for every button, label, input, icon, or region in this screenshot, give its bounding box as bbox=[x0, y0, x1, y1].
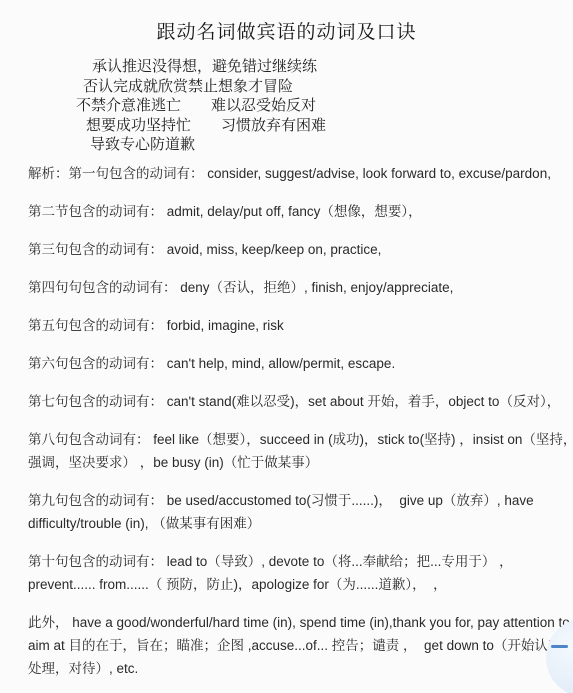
analysis-paragraph-5: 第五句包含的动词有： forbid, imagine, risk bbox=[28, 314, 573, 337]
document-page: 跟动名词做宾语的动词及口诀 承认推迟没得想，避免错过继续练 否认完成就欣赏禁止想… bbox=[0, 0, 573, 693]
analysis-paragraph-10: 第十句包含的动词有： lead to（导致）, devote to（将...奉献… bbox=[28, 550, 573, 596]
mnemonic-line-2: 否认完成就欣赏禁止想象才冒险 bbox=[83, 78, 573, 98]
analysis-paragraph-9: 第九句包含的动词有： be used/accustomed to(习惯于....… bbox=[28, 489, 573, 535]
paragraph-line: 第七句包含的动词有： can't stand(难以忍受)，set about 开… bbox=[28, 390, 573, 413]
analysis-paragraph-11: 此外， have a good/wonderful/hard time (in)… bbox=[28, 611, 573, 680]
paragraph-line: 处理，对待）, etc. bbox=[28, 657, 573, 680]
paragraph-line: difficulty/trouble (in), （做某事有困难） bbox=[28, 512, 573, 535]
analysis-paragraph-7: 第七句包含的动词有： can't stand(难以忍受)，set about 开… bbox=[28, 390, 573, 413]
analysis-paragraph-6: 第六句包含的动词有： can't help, mind, allow/permi… bbox=[28, 352, 573, 375]
mnemonic-block: 承认推迟没得想，避免错过继续练 否认完成就欣赏禁止想象才冒险 不禁介意准逃亡 难… bbox=[0, 58, 573, 156]
page-title: 跟动名词做宾语的动词及口诀 bbox=[0, 0, 573, 44]
paragraph-line: 第三句包含的动词有： avoid, miss, keep/keep on, pr… bbox=[28, 238, 573, 261]
analysis-paragraph-3: 第三句包含的动词有： avoid, miss, keep/keep on, pr… bbox=[28, 238, 573, 261]
paragraph-line: prevent...... from......（ 预防，防止)，apologi… bbox=[28, 573, 573, 596]
analysis-paragraph-4: 第四句句包含的动词有： deny（否认，拒绝）, finish, enjoy/a… bbox=[28, 276, 573, 299]
mnemonic-line-3: 不禁介意准逃亡 难以忍受始反对 bbox=[76, 97, 573, 117]
paragraph-line: 第九句包含的动词有： be used/accustomed to(习惯于....… bbox=[28, 489, 573, 512]
paragraph-line: 此外， have a good/wonderful/hard time (in)… bbox=[28, 611, 573, 634]
paragraph-line: 第四句句包含的动词有： deny（否认，拒绝）, finish, enjoy/a… bbox=[28, 276, 573, 299]
analysis-paragraph-1: 解析：第一句包含的动词有： consider, suggest/advise, … bbox=[28, 162, 573, 185]
analysis-paragraph-2: 第二节包含的动词有： admit, delay/put off, fancy（想… bbox=[28, 200, 573, 223]
paragraph-line: 第八句包含动词有： feel like（想要），succeed in (成功)，… bbox=[28, 428, 573, 451]
paragraph-line: 第二节包含的动词有： admit, delay/put off, fancy（想… bbox=[28, 200, 573, 223]
paragraph-line: 解析：第一句包含的动词有： consider, suggest/advise, … bbox=[28, 162, 573, 185]
mnemonic-line-5: 导致专心防道歉 bbox=[90, 136, 573, 156]
analysis-section: 解析：第一句包含的动词有： consider, suggest/advise, … bbox=[0, 162, 573, 680]
paragraph-line: 强调，坚决要求） ，be busy (in)（忙于做某事） bbox=[28, 451, 573, 474]
paragraph-line: aim at 目的在于，旨在；瞄准；企图 ,accuse...of... 控告；… bbox=[28, 634, 573, 657]
paragraph-line: 第五句包含的动词有： forbid, imagine, risk bbox=[28, 314, 573, 337]
paragraph-line: 第十句包含的动词有： lead to（导致）, devote to（将...奉献… bbox=[28, 550, 573, 573]
mnemonic-line-1: 承认推迟没得想，避免错过继续练 bbox=[92, 58, 573, 78]
analysis-paragraph-8: 第八句包含动词有： feel like（想要），succeed in (成功)，… bbox=[28, 428, 573, 474]
minimize-dash-icon bbox=[551, 645, 568, 648]
mnemonic-line-4: 想要成功坚持忙 习惯放弃有困难 bbox=[86, 117, 573, 137]
paragraph-line: 第六句包含的动词有： can't help, mind, allow/permi… bbox=[28, 352, 573, 375]
